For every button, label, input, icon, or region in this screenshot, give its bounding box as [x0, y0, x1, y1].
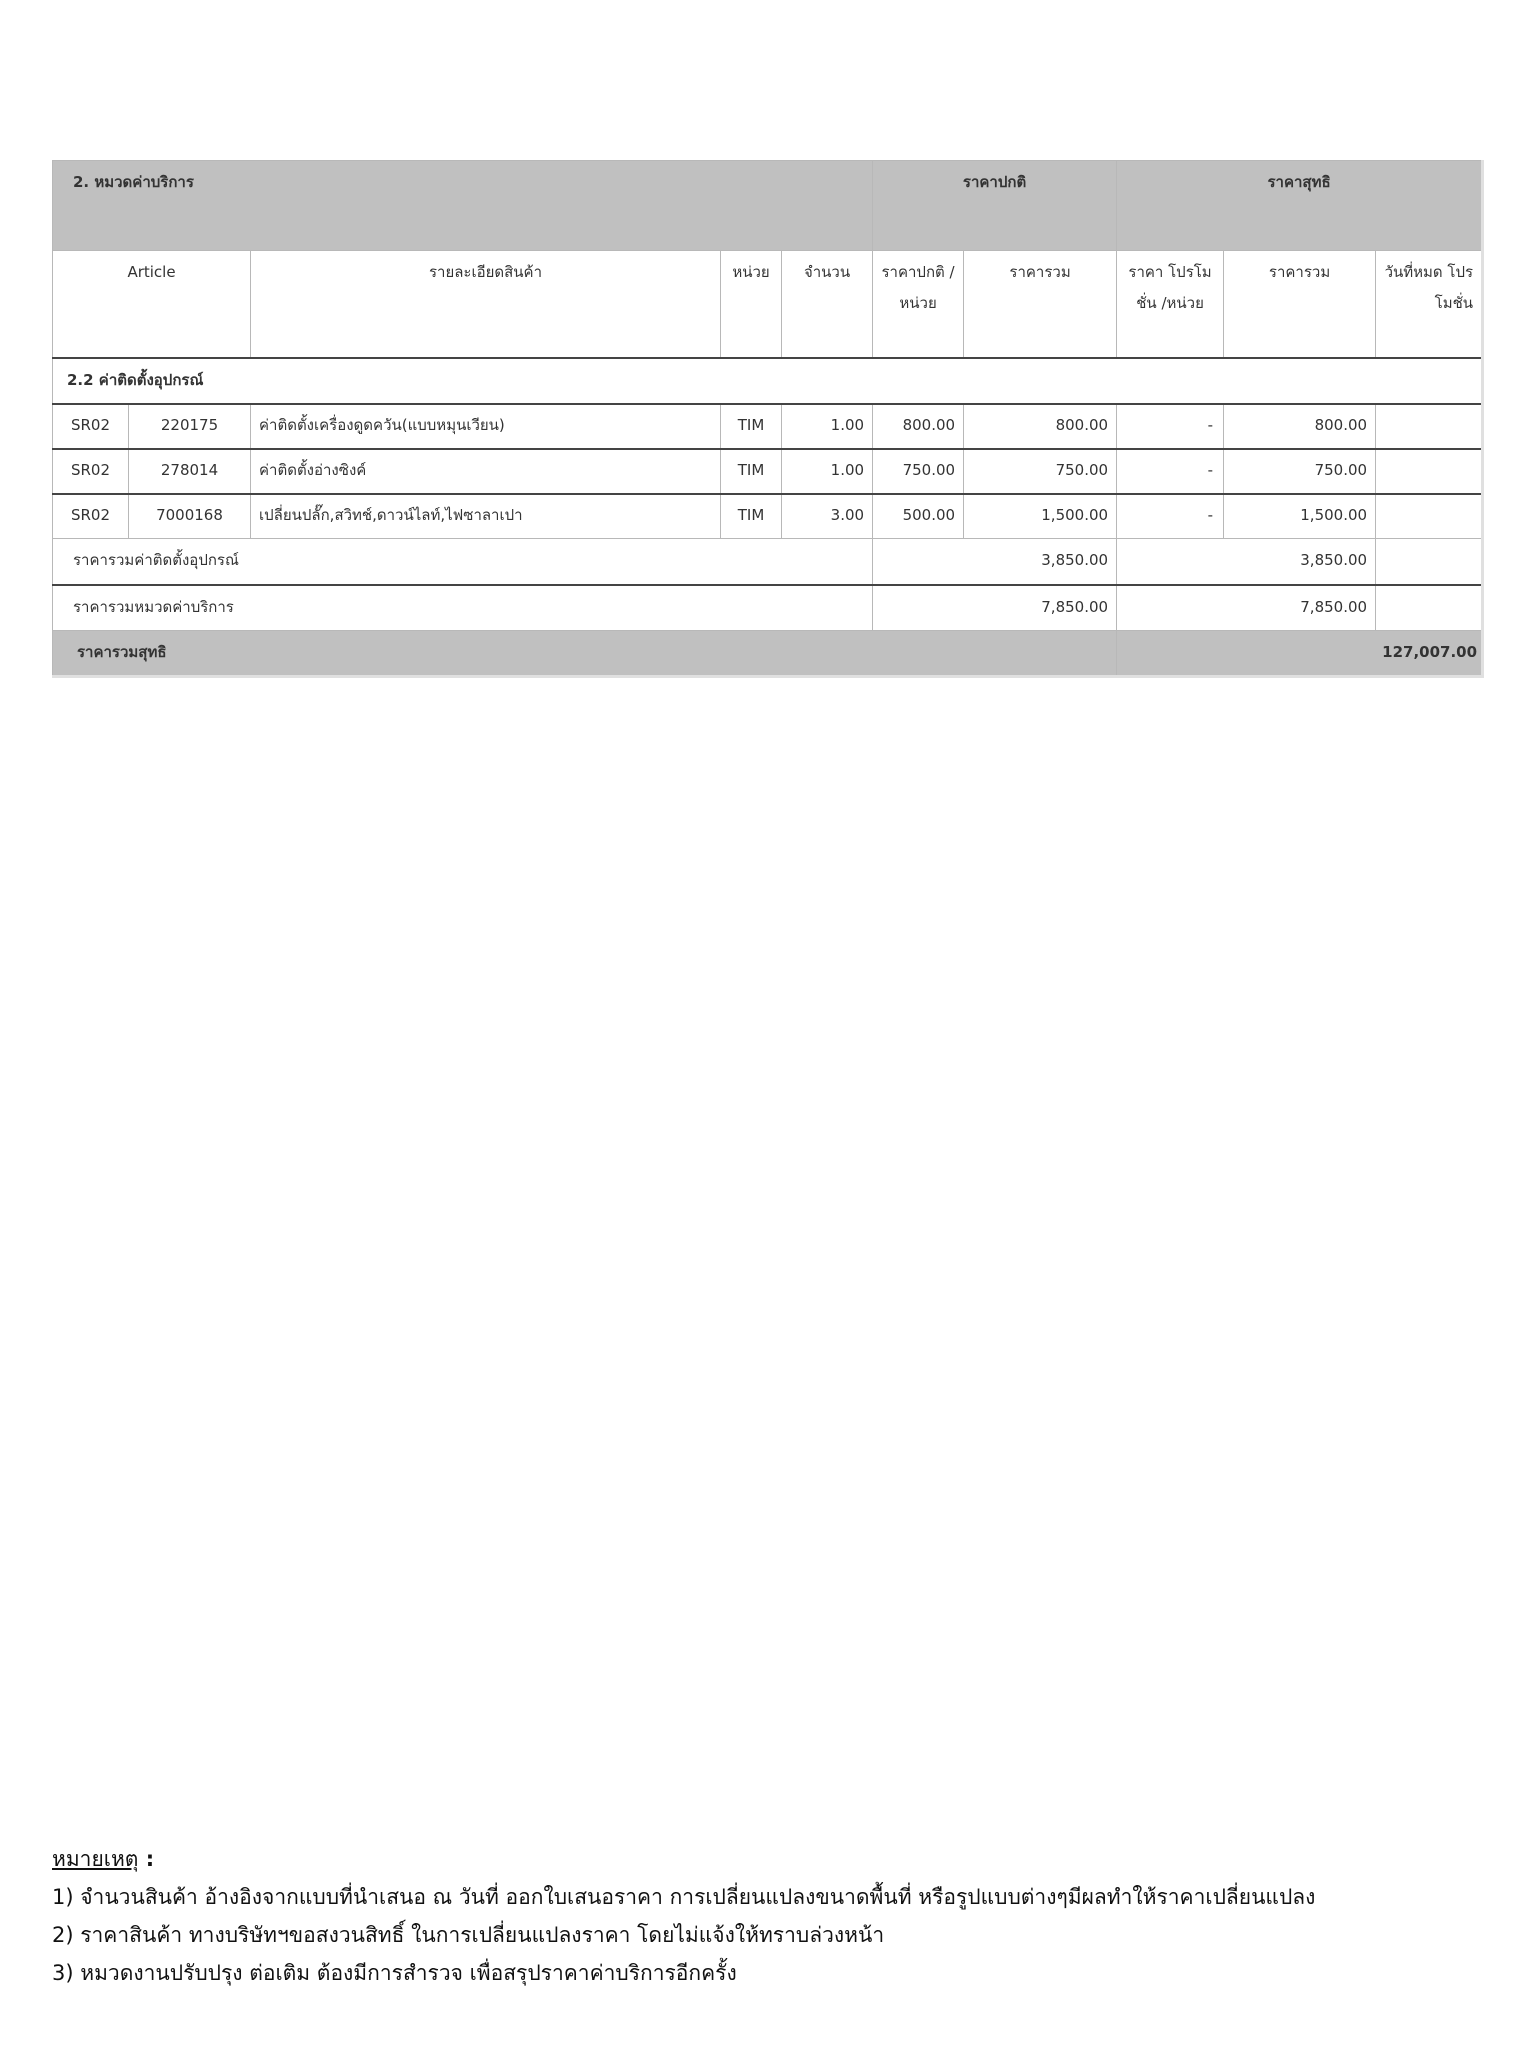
- row-description: ค่าติดตั้งอ่างซิงค์: [251, 449, 721, 494]
- row-article: 278014: [129, 449, 251, 494]
- col-regular-total: ราคารวม: [964, 251, 1117, 358]
- row-promo-price: -: [1117, 404, 1224, 449]
- col-promo-price-per-unit: ราคา โปรโมชั่น /หน่วย: [1117, 251, 1224, 358]
- col-article: Article: [53, 251, 251, 358]
- row-description: เปลี่ยนปลั๊ก,สวิทช์,ดาวน์ไลท์,ไฟซาลาเปา: [251, 494, 721, 539]
- row-unit: TIM: [721, 494, 782, 539]
- row-total: 1,500.00: [964, 494, 1117, 539]
- row-article: 7000168: [129, 494, 251, 539]
- subtotal-services-label: ราคารวมหมวดค่าบริการ: [53, 585, 873, 631]
- subtotal-services-row: ราคารวมหมวดค่าบริการ 7,850.00 7,850.00: [53, 585, 1483, 631]
- row-total: 750.00: [964, 449, 1117, 494]
- table-row: SR02 220175 ค่าติดตั้งเครื่องดูดควัน(แบบ…: [53, 404, 1483, 449]
- row-price-per-unit: 800.00: [873, 404, 964, 449]
- col-net-total: ราคารวม: [1224, 251, 1376, 358]
- subtotal-installation-net: 3,850.00: [1117, 539, 1376, 585]
- row-unit: TIM: [721, 404, 782, 449]
- subtotal-services-empty: [1376, 585, 1483, 631]
- row-promo-end: [1376, 404, 1483, 449]
- row-code: SR02: [53, 449, 129, 494]
- note-item: 2) ราคาสินค้า ทางบริษัทฯขอสงวนสิทธิ์ ในก…: [52, 1916, 1502, 1954]
- table-group-header: 2. หมวดค่าบริการ ราคาปกติ ราคาสุทธิ: [53, 161, 1483, 251]
- subtotal-installation-empty: [1376, 539, 1483, 585]
- col-description: รายละเอียดสินค้า: [251, 251, 721, 358]
- grand-total-value: 127,007.00: [1117, 631, 1483, 677]
- col-promo-end-date: วันที่หมด โปรโมชั่น: [1376, 251, 1483, 358]
- grand-total-row: ราคารวมสุทธิ 127,007.00: [53, 631, 1483, 677]
- row-quantity: 1.00: [782, 449, 873, 494]
- row-net-total: 800.00: [1224, 404, 1376, 449]
- row-article: 220175: [129, 404, 251, 449]
- row-code: SR02: [53, 494, 129, 539]
- notes-heading: หมายเหตุ :: [52, 1840, 1502, 1878]
- table-row: SR02 278014 ค่าติดตั้งอ่างซิงค์ TIM 1.00…: [53, 449, 1483, 494]
- subtotal-installation-label: ราคารวมค่าติดตั้งอุปกรณ์: [53, 539, 873, 585]
- row-price-per-unit: 500.00: [873, 494, 964, 539]
- row-quantity: 3.00: [782, 494, 873, 539]
- service-price-table: 2. หมวดค่าบริการ ราคาปกติ ราคาสุทธิ Arti…: [52, 160, 1484, 678]
- row-promo-price: -: [1117, 494, 1224, 539]
- subtotal-installation-row: ราคารวมค่าติดตั้งอุปกรณ์ 3,850.00 3,850.…: [53, 539, 1483, 585]
- row-promo-price: -: [1117, 449, 1224, 494]
- row-net-total: 1,500.00: [1224, 494, 1376, 539]
- subtotal-services-regular: 7,850.00: [873, 585, 1117, 631]
- subsection-row: 2.2 ค่าติดตั้งอุปกรณ์: [53, 358, 1483, 404]
- subtotal-services-net: 7,850.00: [1117, 585, 1376, 631]
- row-code: SR02: [53, 404, 129, 449]
- notes-title: หมายเหตุ: [52, 1847, 138, 1871]
- group-regular-price: ราคาปกติ: [873, 161, 1117, 251]
- subtotal-installation-regular: 3,850.00: [873, 539, 1117, 585]
- row-quantity: 1.00: [782, 404, 873, 449]
- col-quantity: จำนวน: [782, 251, 873, 358]
- row-total: 800.00: [964, 404, 1117, 449]
- table-column-header: Article รายละเอียดสินค้า หน่วย จำนวน ราค…: [53, 251, 1483, 358]
- subsection-title: 2.2 ค่าติดตั้งอุปกรณ์: [53, 358, 1483, 404]
- grand-total-label: ราคารวมสุทธิ: [53, 631, 1117, 677]
- row-promo-end: [1376, 494, 1483, 539]
- notes-section: หมายเหตุ : 1) จำนวนสินค้า อ้างอิงจากแบบท…: [52, 1840, 1502, 1992]
- note-item: 3) หมวดงานปรับปรุง ต่อเติม ต้องมีการสำรว…: [52, 1954, 1502, 1992]
- row-price-per-unit: 750.00: [873, 449, 964, 494]
- note-item: 1) จำนวนสินค้า อ้างอิงจากแบบที่นำเสนอ ณ …: [52, 1878, 1502, 1916]
- group-net-price: ราคาสุทธิ: [1117, 161, 1483, 251]
- notes-colon: :: [138, 1847, 154, 1871]
- col-regular-price-per-unit: ราคาปกติ /หน่วย: [873, 251, 964, 358]
- row-description: ค่าติดตั้งเครื่องดูดควัน(แบบหมุนเวียน): [251, 404, 721, 449]
- section-title: 2. หมวดค่าบริการ: [53, 161, 873, 251]
- row-unit: TIM: [721, 449, 782, 494]
- table-row: SR02 7000168 เปลี่ยนปลั๊ก,สวิทช์,ดาวน์ไล…: [53, 494, 1483, 539]
- row-promo-end: [1376, 449, 1483, 494]
- quotation-page: 2. หมวดค่าบริการ ราคาปกติ ราคาสุทธิ Arti…: [0, 0, 1536, 2048]
- col-unit: หน่วย: [721, 251, 782, 358]
- row-net-total: 750.00: [1224, 449, 1376, 494]
